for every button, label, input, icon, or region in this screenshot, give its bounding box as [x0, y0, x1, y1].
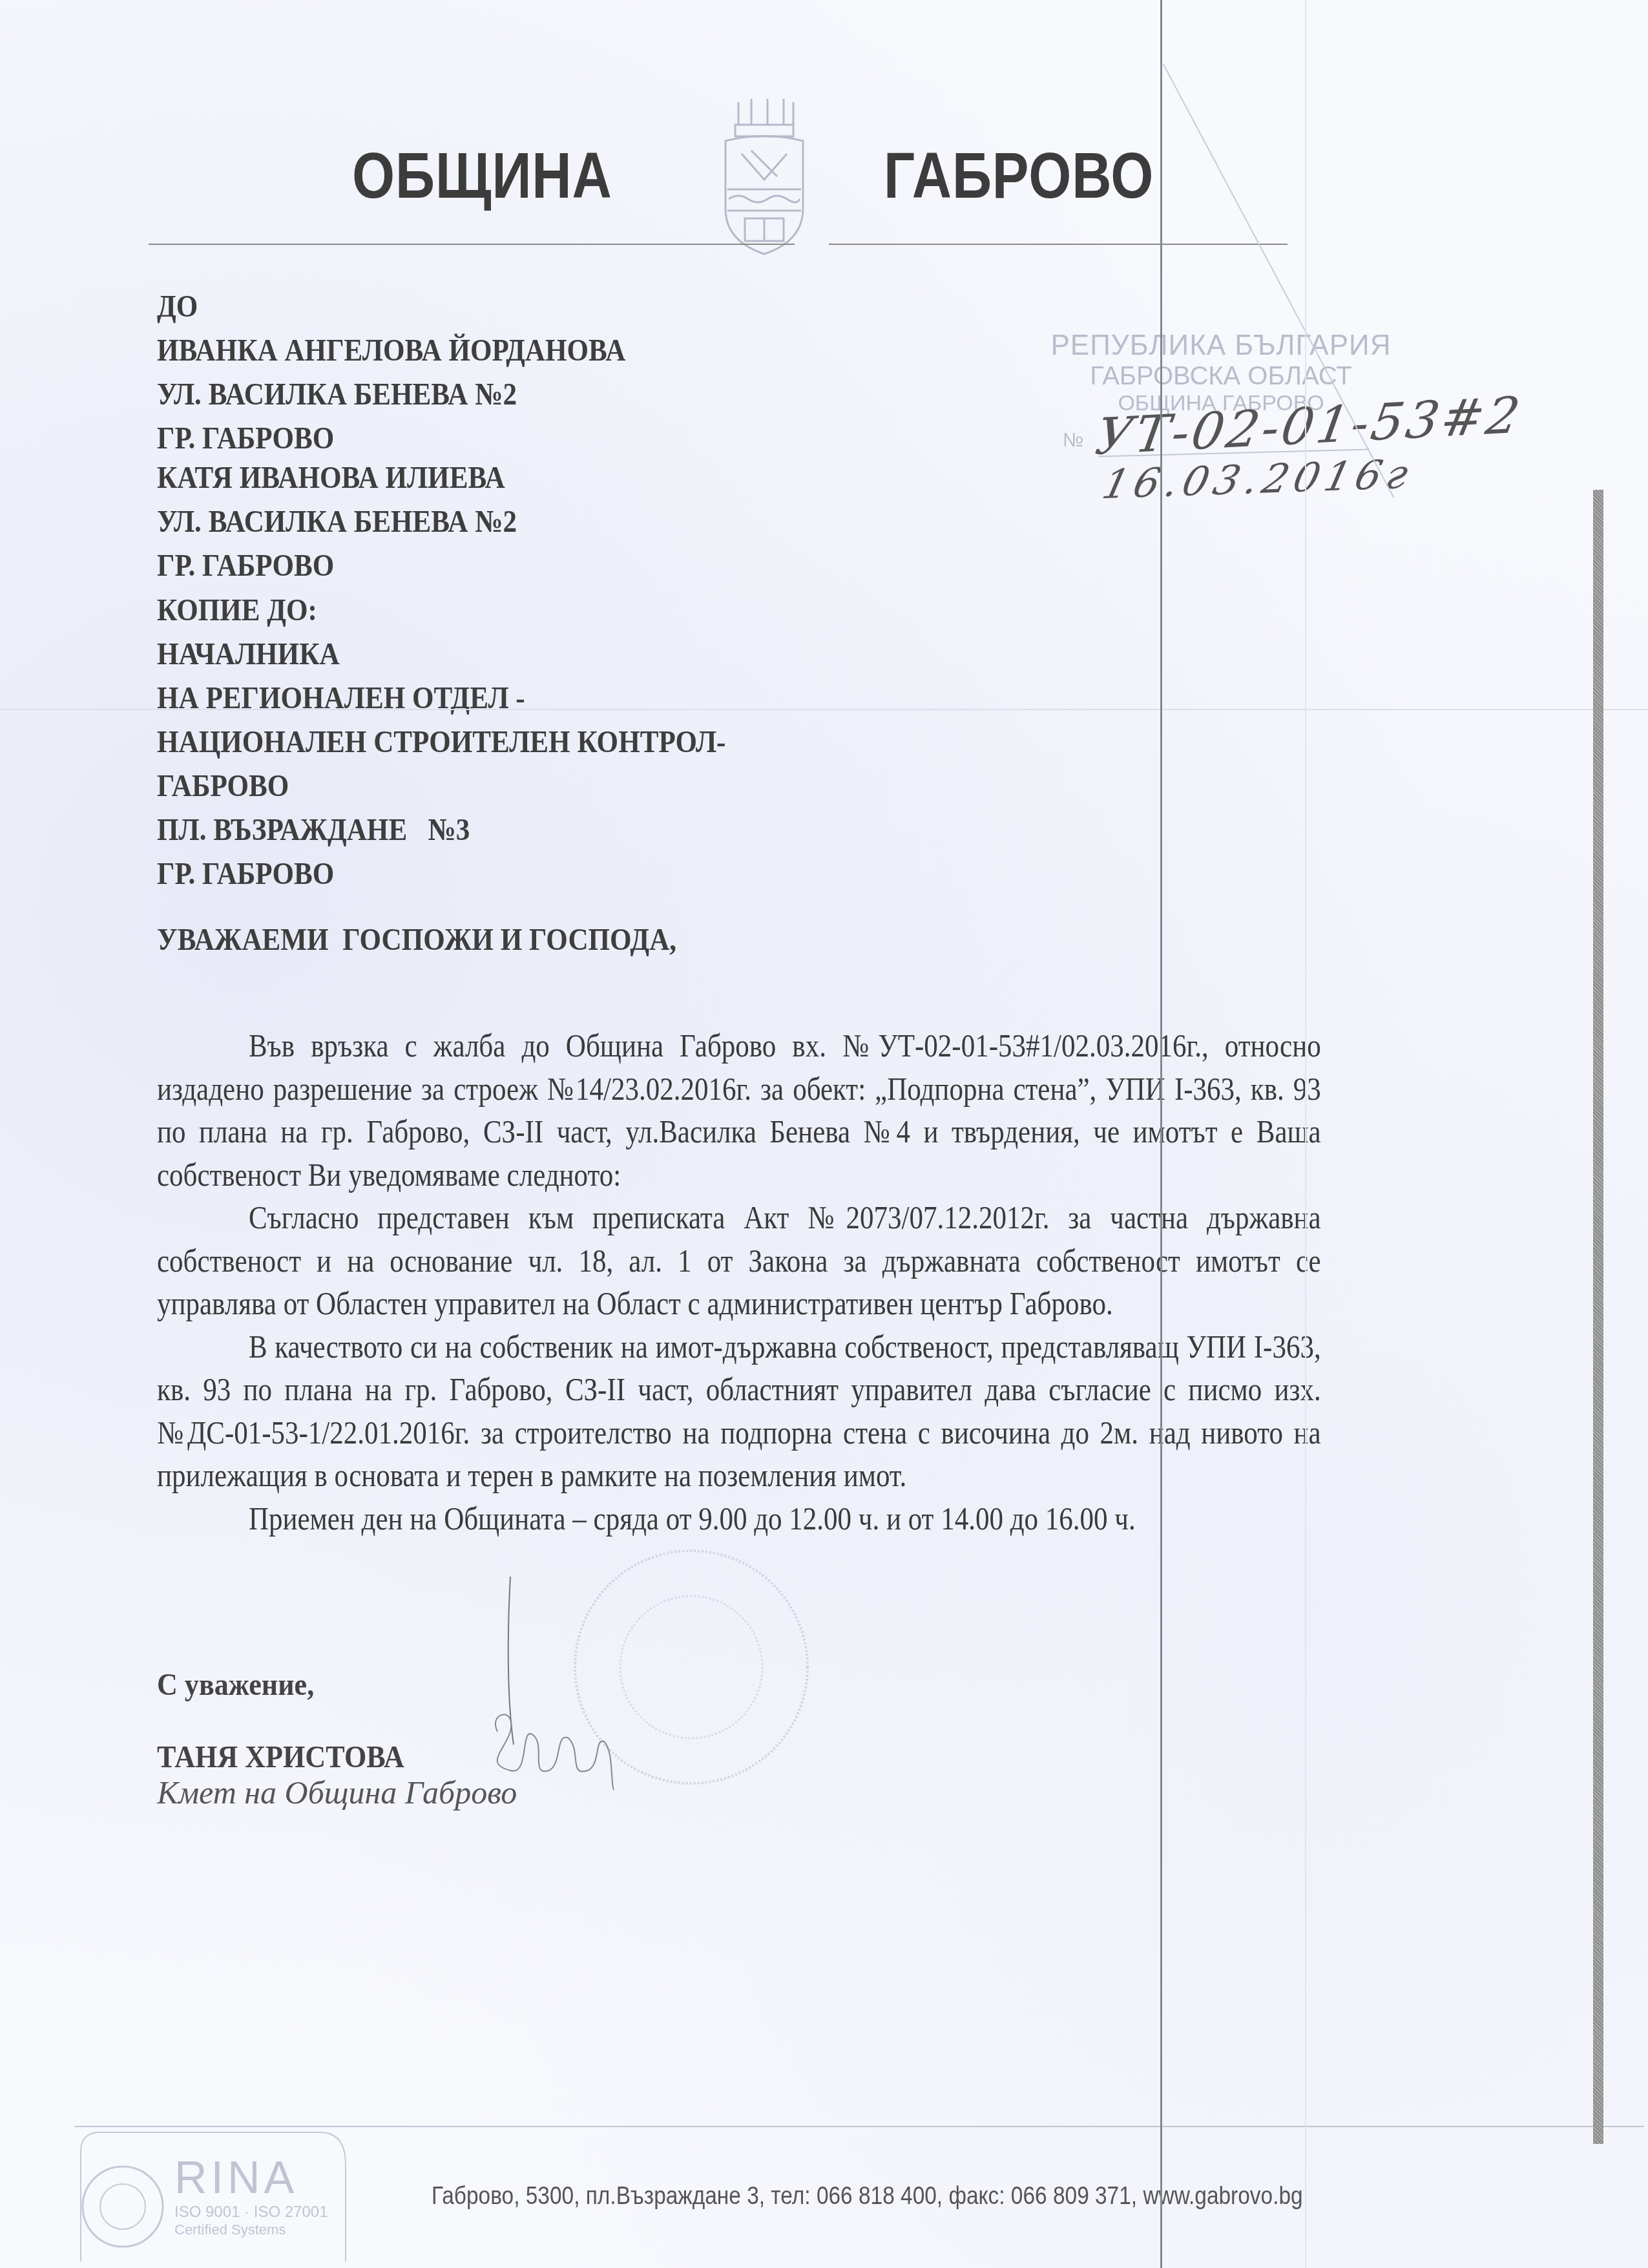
recipient-block-2: КАТЯ ИВАНОВА ИЛИЕВА УЛ. ВАСИЛКА БЕНЕВА №…	[157, 456, 517, 587]
copy-to-line: НАЦИОНАЛЕН СТРОИТЕЛЕН КОНТРОЛ-	[157, 720, 725, 764]
stamp-number-label: №	[1063, 430, 1083, 452]
scan-artifact-vertical-line	[1160, 0, 1162, 2268]
signer-title: Кмет на Община Габрово	[157, 1774, 517, 1811]
stamp-region: ГАБРОВСКА ОБЛАСТ	[1040, 362, 1402, 391]
letterhead-municipality-word: ОБЩИНА	[352, 139, 612, 213]
cert-iso: ISO 9001 · ISO 27001	[174, 2203, 328, 2221]
copy-to-line: ГР. ГАБРОВО	[157, 852, 725, 896]
salutation: УВАЖАЕМИ ГОСПОЖИ И ГОСПОДА,	[157, 921, 676, 958]
coat-of-arms-icon	[716, 96, 813, 257]
recipient-line: КАТЯ ИВАНОВА ИЛИЕВА	[157, 456, 517, 499]
letterhead-rule-right	[829, 244, 1288, 245]
recipient-line: ДО	[157, 284, 625, 328]
recipient-block-1: ДО ИВАНКА АНГЕЛОВА ЙОРДАНОВА УЛ. ВАСИЛКА…	[157, 284, 625, 460]
copy-to-line: НА РЕГИОНАЛЕН ОТДЕЛ -	[157, 676, 725, 720]
copy-to-line: ГАБРОВО	[157, 764, 725, 808]
recipient-line: УЛ. ВАСИЛКА БЕНЕВА №2	[157, 499, 517, 543]
letter-body: Във връзка с жалба до Община Габрово вх.…	[157, 1024, 1321, 1540]
recipient-line: УЛ. ВАСИЛКА БЕНЕВА №2	[157, 372, 625, 416]
footer-contact-info: Габрово, 5300, пл.Възраждане 3, тел: 066…	[432, 2183, 1303, 2210]
scan-artifact-faint-line	[1305, 0, 1306, 2268]
copy-to-line: НАЧАЛНИКА	[157, 632, 725, 676]
letterhead-rule-left	[149, 244, 795, 245]
cert-system: Certified Systems	[174, 2221, 328, 2238]
cert-brand: RINA	[174, 2152, 328, 2203]
copy-to-line: КОПИЕ ДО:	[157, 588, 725, 632]
body-paragraph: Съгласно представен към преписката Акт №…	[157, 1196, 1321, 1325]
copy-to-block: КОПИЕ ДО: НАЧАЛНИКА НА РЕГИОНАЛЕН ОТДЕЛ …	[157, 588, 725, 896]
recipient-line: ГР. ГАБРОВО	[157, 416, 625, 460]
body-paragraph: В качеството си на собственик на имот-дъ…	[157, 1325, 1321, 1497]
fold-line-horizontal	[0, 709, 1648, 710]
certification-text: RINA ISO 9001 · ISO 27001 Certified Syst…	[174, 2152, 328, 2238]
letterhead-city-word: ГАБРОВО	[884, 139, 1154, 213]
copy-to-line: ПЛ. ВЪЗРАЖДАНЕ №3	[157, 808, 725, 852]
page-edge-shadow	[1593, 490, 1603, 2144]
recipient-line: ГР. ГАБРОВО	[157, 543, 517, 587]
signature-icon	[491, 1557, 698, 1790]
closing: С уважение,	[157, 1666, 314, 1703]
body-paragraph: Приемен ден на Общината – сряда от 9.00 …	[157, 1497, 1321, 1540]
signer-name: ТАНЯ ХРИСТОВА	[157, 1738, 404, 1775]
recipient-line: ИВАНКА АНГЕЛОВА ЙОРДАНОВА	[157, 328, 625, 372]
body-paragraph: Във връзка с жалба до Община Габрово вх.…	[157, 1024, 1321, 1196]
stamp-country: РЕПУБЛИКА БЪЛГАРИЯ	[1040, 330, 1402, 362]
